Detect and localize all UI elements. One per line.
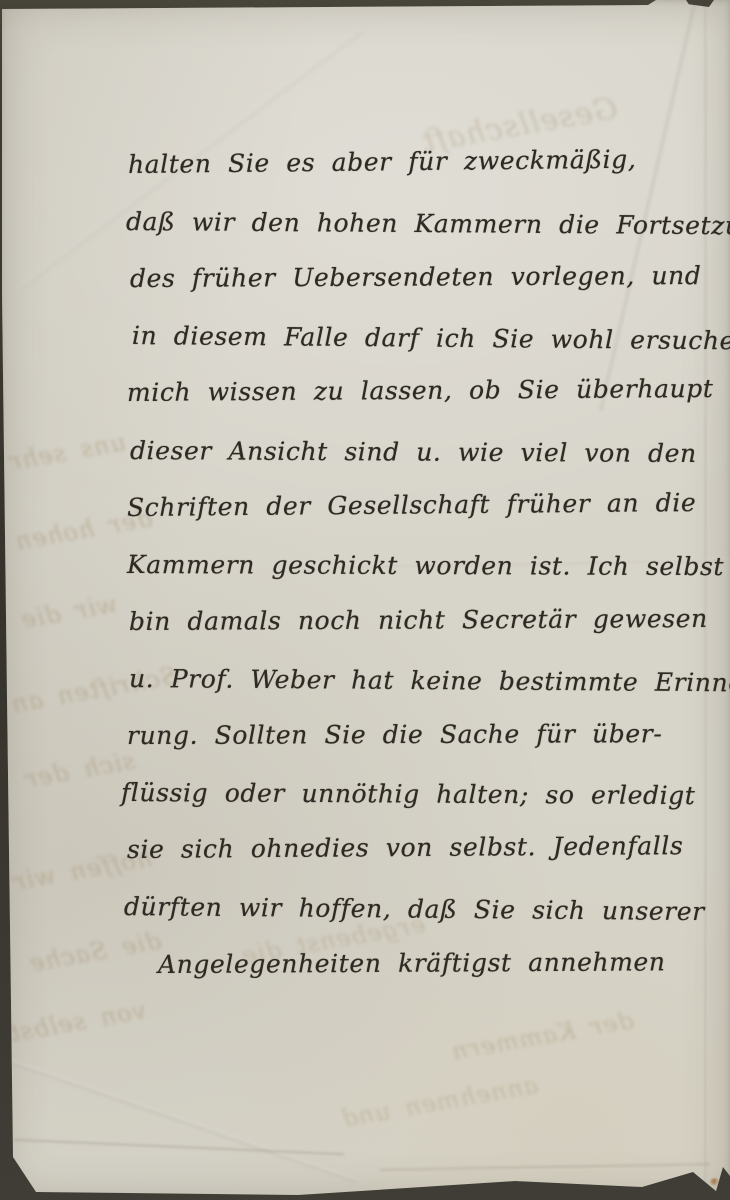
letter-line: daß wir den hohen Kammern die Fortsetzun… xyxy=(126,207,730,241)
paper-sheet: uns sehr der hohen wir die Schriften an … xyxy=(0,0,730,1200)
letter-line: Angelegenheiten kräftigst annehmen xyxy=(158,947,666,979)
letter-line: halten Sie es aber für zweckmäßig, xyxy=(128,145,637,179)
bleedthrough-fragment: von selbst xyxy=(7,996,148,1048)
bleedthrough-fragment: annehmen und xyxy=(339,1071,540,1133)
letter-line: in diesem Falle darf ich Sie wohl ersuch… xyxy=(132,321,730,355)
fold-crease-right-vertical xyxy=(705,0,707,1185)
bleedthrough-fragment: sich der xyxy=(22,747,137,794)
letter-line: flüssig oder unnöthig halten; so erledig… xyxy=(121,778,696,810)
letter-line: dieser Ansicht sind u. wie viel von den xyxy=(130,436,697,468)
letter-line: Kammern geschickt worden ist. Ich selbst xyxy=(127,550,724,581)
letter-line: des früher Uebersendeten vorlegen, und xyxy=(130,261,702,293)
letter-line: sie sich ohnedies von selbst. Jedenfalls xyxy=(127,831,684,864)
letter-line: rung. Sollten Sie die Sache für über- xyxy=(127,719,662,750)
letter-line: u. Prof. Weber hat keine bestimmte Erinn… xyxy=(129,664,730,697)
fold-crease-bottom-2 xyxy=(380,1163,710,1171)
bleedthrough-fragment: wir die xyxy=(18,590,119,635)
fold-crease-bottom xyxy=(14,1139,344,1155)
letter-line: mich wissen zu lassen, ob Sie überhaupt xyxy=(127,374,714,407)
letter-line: Schriften der Gesellschaft früher an die xyxy=(127,488,697,522)
rust-stain xyxy=(710,1178,720,1186)
bleedthrough-fragment: uns sehr xyxy=(6,428,127,476)
bleedthrough-fragment: der Kammern xyxy=(449,1006,636,1066)
bleedthrough-fragment: die Sache xyxy=(27,927,164,978)
letter-scan: uns sehr der hohen wir die Schriften an … xyxy=(0,0,730,1200)
fold-crease-bottom-left xyxy=(0,1056,358,1183)
letter-line: dürften wir hoffen, daß Sie sich unserer xyxy=(124,892,705,926)
letter-line: bin damals noch nicht Secretär gewesen xyxy=(129,604,708,636)
